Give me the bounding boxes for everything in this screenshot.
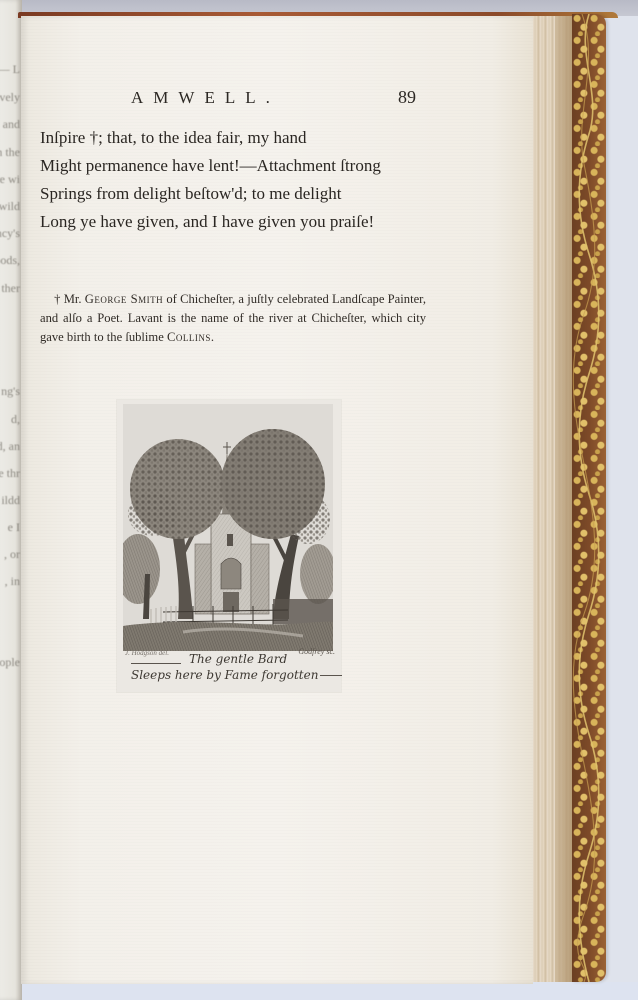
facing-page-text: d, — [11, 412, 20, 427]
caption-rule — [131, 663, 181, 664]
facing-page-edge: — L lovely and on the ere wi e wild ncy'… — [0, 0, 22, 1000]
facing-page-text: ng's — [1, 384, 20, 399]
gilt-binding-edge — [572, 14, 606, 982]
facing-page-text: ncy's — [0, 226, 20, 241]
footnote-marker: † — [54, 292, 60, 306]
verse-line: Springs from delight beſtow'd; to me del… — [40, 180, 430, 208]
facing-page-text: ed, an — [0, 439, 20, 454]
engraver-signature: Godfrey sc. — [298, 647, 335, 656]
footnote: † Mr. George Smith of Chicheſter, a juſt… — [40, 290, 426, 347]
plate-caption-line-2-text: Sleeps here by Fame forgotten — [131, 668, 318, 682]
facing-page-text: ildd — [1, 493, 20, 508]
verse-line: Might permanence have lent!—Attachment ſ… — [40, 152, 430, 180]
gilt-vine-ornament-icon — [572, 14, 606, 982]
church-among-trees-illustration-icon — [123, 404, 333, 651]
footnote-prefix: Mr. — [64, 292, 82, 306]
page-fore-edge-shadow — [555, 16, 573, 982]
verse-line: Long ye have given, and I have given you… — [40, 208, 430, 236]
church-engraving-image — [123, 404, 333, 651]
footnote-final-name: Collins — [167, 330, 211, 344]
facing-page-text: ape thr — [0, 466, 20, 481]
engraved-plate: J. Hodgson del. Godfrey sc. The gentle B… — [117, 400, 341, 692]
facing-page-text: on the — [0, 145, 20, 160]
artist-signature: J. Hodgson del. — [125, 649, 169, 657]
scanner-background-bottom — [0, 982, 638, 1000]
facing-page-text: e wild — [0, 199, 20, 214]
facing-page-text: , or — [4, 547, 20, 562]
running-head-title: AMWELL. — [131, 88, 280, 108]
footnote-person-name: George Smith — [85, 292, 163, 306]
facing-page-text: yeople — [0, 655, 20, 670]
facing-page-text: ere wi — [0, 172, 20, 187]
facing-page-text: , in — [5, 574, 20, 589]
facing-page-text: woods, — [0, 253, 20, 268]
footnote-final-punct: . — [211, 330, 214, 344]
facing-page-text: ther — [1, 281, 20, 296]
facing-page-text: lovely — [0, 90, 20, 105]
facing-page-text: — L — [0, 62, 20, 77]
plate-caption-line-1: The gentle Bard — [189, 652, 287, 666]
caption-tail-rule — [320, 675, 342, 676]
verse-block: Inſpire †; that, to the idea fair, my ha… — [40, 124, 430, 236]
page-number: 89 — [398, 87, 416, 108]
facing-page-text: and — [3, 117, 20, 132]
verse-line: Inſpire †; that, to the idea fair, my ha… — [40, 124, 430, 152]
facing-page-text: e I — [8, 520, 20, 535]
plate-caption-line-2: Sleeps here by Fame forgotten — [131, 668, 342, 682]
